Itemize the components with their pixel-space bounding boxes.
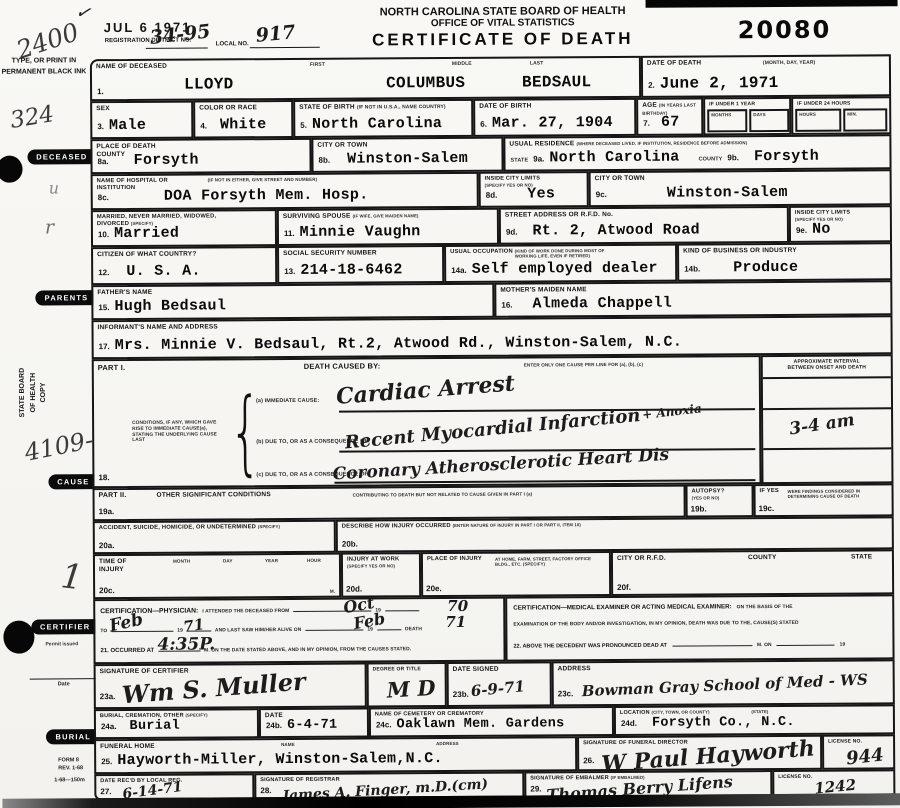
field-informant: INFORMANT'S NAME AND ADDRESS 17.Mrs. Min… [91,315,892,359]
form-number: FORM 8REV. 1-68 [58,756,83,773]
sig-certifier-num: 23a. [100,692,116,701]
age-value: 67 [661,114,680,131]
field-funeral-home: FUNERAL HOME NAME ADDRESS 25.Hayworth-Mi… [94,736,577,774]
burial-date-num: 24b. [266,721,282,730]
pod-city-value: Winston-Salem [347,150,468,168]
time-of-injury-num: 20c. [99,586,115,595]
margin-scribble-u: u [49,178,59,197]
date-signed-num: 23b. [453,690,469,699]
age-num: 7. [643,119,650,128]
field-hospital: NAME OF HOSPITAL OR INSTITUTION (IF NOT … [91,172,479,210]
street-value: Rt. 2, Atwood Road [532,221,700,239]
director-license-value: 944 [845,744,885,769]
funeral-home-label: FUNERAL HOME [100,743,155,751]
name-label: NAME OF DECEASED [96,63,167,72]
tab-cause: CAUSE [48,474,94,489]
field-injury-city-county-state: CITY OR R.F.D. COUNTY STATE 20f. [611,549,894,596]
hole-punch-bottom [3,621,34,654]
field-state-of-birth: STATE OF BIRTH (IF NOT IN U.S.A., NAME C… [293,99,473,138]
residence-county-value: Forsyth [754,148,819,165]
under-24hr-hours-box: HOURS [795,109,841,132]
part1-interval-column: APPROXIMATE INTERVALBETWEEN ONSET AND DE… [761,354,894,484]
location-value: Forsyth Co., N.C. [652,715,795,731]
injury-city-label: CITY OR R.F.D. [617,555,666,563]
phys-t1: I ATTENDED THE DECEASED FROM [202,609,289,615]
marital-value: Married [114,225,179,242]
me-date-blank [777,639,835,646]
hole-punch-top [0,156,23,183]
attended-to-year: 71 [182,615,205,636]
pod-county-num: 8a. [97,157,108,166]
father-label: FATHER'S NAME [97,289,152,297]
field-date-of-birth: DATE OF BIRTH 6.Mar. 27, 1904 [473,98,636,137]
part1-num: 18. [98,473,109,482]
accident-num: 20a. [99,541,115,550]
res-city-num: 9c. [596,190,607,199]
birth-date-value: Mar. 27, 1904 [492,114,613,132]
field-injury-at-work: INJURY AT WORK(SPECIFY YES OR NO) 20d. [341,552,421,597]
field-autopsy: AUTOPSY?(YES OR NO) 19b. [685,484,753,517]
director-num: 26. [583,756,594,765]
street-num: 9d. [506,228,518,237]
me-t4: M. ON [757,643,772,648]
part1-heading: DEATH CAUSED BY: [304,361,381,371]
part2-num: 19a. [99,507,115,516]
describe-sub: (ENTER NATURE OF INJURY IN PART I OR PAR… [453,522,581,528]
cause-immediate-value: Cardiac Arrest [335,370,516,410]
pod-city-num: 8b. [318,156,330,165]
field-father-name: FATHER'S NAME 15.Hugh Bedsaul [91,283,494,320]
spouse-sub: (IF WIFE, GIVE MAIDEN NAME) [353,213,419,218]
interval-label: APPROXIMATE INTERVALBETWEEN ONSET AND DE… [763,358,891,371]
time-label-2: INJURY [99,566,124,573]
field-industry: KIND OF BUSINESS OR INDUSTRY 14b.Produce [677,242,892,281]
under-1yr-days-box: DAYS [749,109,789,132]
occupation-num: 14a. [451,266,467,275]
field-ssn: SOCIAL SECURITY NUMBER 13.214-18-6462 [277,245,444,284]
findings-label: IF YES [760,488,780,495]
location-sub2: (STATE) [751,709,768,714]
field-if-under-1-year: IF UNDER 1 YEAR MONTHS DAYS [703,97,791,136]
location-num: 24d. [621,719,637,728]
field-date-of-death: DATE OF DEATH (MONTH, DAY, YEAR) 2.June … [641,54,891,98]
me-t2: EXAMINATION OF THE BODY AND/OR INVESTIGA… [513,621,798,628]
date-of-death-sub: (MONTH, DAY, YEAR) [763,60,815,66]
sex-value: Male [109,117,146,134]
informant-value: Mrs. Minnie V. Bedsaul, Rt.2, Atwood Rd.… [115,334,682,354]
under-24hr-min-label: MIN. [847,112,857,117]
interval-rule-b [763,447,891,450]
place-of-injury-label: PLACE OF INJURY [427,556,482,564]
field-burial-date: DATE 24b.6-4-71 [259,708,369,739]
birth-date-label: DATE OF BIRTH [479,102,531,110]
field-if-under-24-hours: IF UNDER 24 HOURS HOURS MIN. [791,96,891,135]
field-accident-suicide-homicide: ACCIDENT, SUICIDE, HOMICIDE, OR UNDETERM… [93,520,336,554]
field-citizen: CITIZEN OF WHAT COUNTRY? 12.U. S. A. [91,246,277,285]
phys-title: CERTIFICATION—PHYSICIAN: [100,608,198,616]
mother-num: 16. [501,301,512,310]
inside-8d-num: 8d. [486,191,498,200]
phys-t4: M. ON THE DATE STATED ABOVE, AND IN MY O… [204,647,411,653]
under-1yr-days-label: DAYS [753,112,766,117]
part2-label: PART II. [99,492,127,501]
scan-edge-bar [646,0,898,8]
col-day: DAY [223,558,233,564]
field-color-or-race: COLOR OR RACE 4.White [193,100,293,139]
local-no-blank [250,47,320,48]
hospital-sub: (IF NOT IN EITHER, GIVE STREET AND NUMBE… [208,177,318,183]
col-hour: HOUR [307,558,321,564]
part1-cause-of-death: PART I. DEATH CAUSED BY: ENTER ONLY ONE … [92,355,762,488]
sig-certifier-label: SIGNATURE OF CERTIFIER [100,668,189,677]
field-street-address: STREET ADDRESS OR R.F.D. No. 9d.Rt. 2, A… [499,206,789,245]
birth-date-num: 6. [480,120,487,129]
margin-scribble-324: 324 [8,101,56,134]
field-embalmer-license: LICENSE NO. 1242 [772,769,895,796]
ink-instruction: TYPE, OR PRINT IN PERMANENT BLACK INK [0,56,90,78]
name-sub-last: LAST [530,60,544,66]
under-1yr-months-box: MONTHS [707,109,747,132]
field-marital-status: MARRIED, NEVER MARRIED, WIDOWED, DIVORCE… [91,209,277,247]
occupation-sub: (KIND OF WORK DONE DURING MOST OF WORKIN… [515,248,625,259]
field-inside-city-limits-9e: INSIDE CITY LIMITS(SPECIFY YES OR NO) 9e… [789,205,892,243]
col-year: YEAR [265,558,278,564]
interval-header-rule [763,376,891,379]
interval-rule-a [763,407,891,410]
citizen-label: CITIZEN OF WHAT COUNTRY? [97,251,196,260]
part2-other-conditions: PART II. OTHER SIGNIFICANT CONDITIONS CO… [93,485,686,522]
hospital-num: 8c. [98,193,109,202]
embalmer-num: 29. [530,784,541,793]
field-cemetery: NAME OF CEMETERY OR CREMATORY 24c.Oaklaw… [369,706,614,737]
ssn-label: SOCIAL SECURITY NUMBER [283,249,377,258]
birth-state-sub: (IF NOT IN U.S.A., NAME COUNTRY) [357,104,446,111]
citizen-value: U. S. A. [126,263,201,280]
spouse-value: Minnie Vaughn [300,223,421,241]
field-occupation: USUAL OCCUPATION (KIND OF WORK DONE DURI… [444,244,677,283]
accident-sub: (SPECIFY) [258,524,280,529]
age-label-text: AGE [642,102,657,109]
funeral-home-addr-sub: ADDRESS [436,741,459,747]
field-place-of-death-city: CITY OR TOWN 8b.Winston-Salem [311,137,503,173]
form-rev-text: REV. 1-68 [58,765,83,771]
field-director-license: LICENSE NO. 944 [822,734,895,769]
time-label-1: TIME OF [99,558,127,565]
part1-line-a-label: (a) IMMEDIATE CAUSE: [256,398,319,405]
autopsy-num: 19b. [691,504,707,513]
place-of-injury-num: 20e. [426,584,442,593]
industry-num: 14b. [684,264,700,273]
time-of-injury-label: TIME OFINJURY [99,558,127,574]
field-burial-type: BURIAL, CREMATION, OTHER (SPECIFY) 24a.B… [94,708,259,739]
certifier-address-label: ADDRESS [558,665,591,673]
field-name-of-deceased: NAME OF DECEASED FIRST MIDDLE LAST 1. LL… [90,56,641,101]
margin-date-line [30,678,96,679]
org-line-2: OFFICE OF VITAL STATISTICS [338,17,668,30]
injury-city-num: 20f. [617,583,631,592]
race-num: 4. [200,121,207,130]
form-run: 1-68—150m [54,777,85,783]
permit-issued-label: Permit issued [45,641,78,647]
m-label: M. [330,588,335,594]
residence-state-value: North Carolina [549,149,679,167]
me-time-blank [672,639,752,646]
burial-date-value: 6-4-71 [287,718,338,733]
ssn-num: 13. [284,267,295,276]
industry-label: KIND OF BUSINESS OR INDUSTRY [683,247,797,256]
findings-num: 19c. [759,504,775,513]
local-no-value: 917 [255,21,297,47]
birth-state-num: 5. [300,121,307,130]
residence-sub: (WHERE DECEASED LIVED. IF INSTITUTION, R… [576,140,747,146]
field-degree-or-title: DEGREE OR TITLE M D [367,662,447,707]
father-num: 15. [98,303,109,312]
embalmer-license-label: LICENSE NO. [778,774,812,780]
certifier-address-num: 23c. [558,689,574,698]
field-place-of-injury: PLACE OF INJURY AT HOME, FARM, STREET, F… [421,551,611,597]
degree-value: M D [386,675,436,703]
residence-label-text: USUAL RESIDENCE [509,140,574,147]
tab-burial: BURIAL [46,729,96,744]
org-line-1: NORTH CAROLINA STATE BOARD OF HEALTH [338,5,668,19]
date-signed-label: DATE SIGNED [453,666,499,674]
tab-deceased: DECEASED [27,149,92,164]
field-usual-residence: USUAL RESIDENCE (WHERE DECEASED LIVED. I… [503,134,891,171]
phys-to-pre: 19 [177,629,183,634]
date-of-death-value: June 2, 1971 [660,74,779,93]
name-last-value: BEDSAUL [522,73,591,91]
field-date-received: DATE REC'D BY LOCAL REG. 27. 6-14-71 [94,773,254,800]
inside-9e-label-text: INSIDE CITY LIMITS [795,210,850,216]
residence-label: USUAL RESIDENCE (WHERE DECEASED LIVED. I… [509,139,747,149]
field-funeral-director-signature: SIGNATURE OF FUNERAL DIRECTOR 26. W Paul… [577,735,822,771]
part1-note: ENTER ONLY ONE CAUSE PER LINE FOR (a), (… [524,362,643,368]
phys-from-year-blank [385,604,419,611]
res-city-label: CITY OR TOWN [595,175,645,183]
burial-type-sub: (SPECIFY) [185,712,207,717]
field-certifier-address: ADDRESS 23c. Bowman Gray School of Med -… [552,659,895,706]
checkmark: ✓ [74,1,93,25]
cause-due-to-1-note: + Anoxia [641,401,702,422]
margin-date-label: Date [58,681,70,687]
pod-county-value: Forsyth [134,152,199,169]
inside-9e-num: 9e. [796,226,807,235]
interval-label-2: BETWEEN ONSET AND DEATH [788,365,867,371]
autopsy-label-text: AUTOPSY? [692,488,725,494]
injury-at-work-num: 20d. [346,585,362,594]
date-of-death-num: 2. [648,81,655,90]
part1-conditions-note: CONDITIONS, IF ANY, WHICH GAVE RISE TO I… [132,420,220,444]
phys-to: TO [100,629,107,634]
sex-num: 3. [97,122,104,131]
injury-county-label: COUNTY [748,554,777,562]
burial-type-value: Burial [129,719,180,734]
informant-label: INFORMANT'S NAME AND ADDRESS [98,323,218,332]
occupation-label: USUAL OCCUPATION (KIND OF WORK DONE DURI… [450,248,625,259]
location-sub1: (CITY, TOWN, OR COUNTY) [652,709,710,714]
mother-value: Almeda Chappell [532,295,672,313]
inside-8d-value: Yes [527,185,555,202]
father-value: Hugh Bedsaul [114,297,226,315]
part2-sub: CONTRIBUTING TO DEATH BUT NOT RELATED TO… [353,491,533,498]
birth-state-label-text: STATE OF BIRTH [299,104,355,111]
industry-value: Produce [733,259,798,276]
ssn-value: 214-18-6462 [300,261,402,279]
me-title: CERTIFICATION—MEDICAL EXAMINER OR ACTING… [513,603,731,611]
me-t5: 19 [840,643,846,648]
certifier-address-value: Bowman Gray School of Med - WS [581,670,868,700]
field-inside-city-limits-8d: INSIDE CITY LIMITS(SPECIFY YES OR NO) 8d… [479,171,589,208]
margin-scribble-r: r [45,216,54,238]
director-license-label: LICENSE NO. [828,738,862,744]
informant-num: 17. [99,342,110,351]
part2-heading: OTHER SIGNIFICANT CONDITIONS [157,491,271,500]
mother-label: MOTHER'S MAIDEN NAME [500,286,586,295]
certification-physician: CERTIFICATION—PHYSICIAN: I ATTENDED THE … [93,597,505,665]
interval-value: 3-4 am [788,410,856,439]
spouse-label-text: SURVIVING SPOUSE [283,213,351,220]
place-of-injury-sub: AT HOME, FARM, STREET, FACTORY OFFICE BL… [495,556,605,567]
residence-state-label: STATE [510,158,528,165]
birth-state-label: STATE OF BIRTH (IF NOT IN U.S.A., NAME C… [299,103,446,112]
form-no-text: FORM 8 [58,757,79,763]
describe-label-text: DESCRIBE HOW INJURY OCCURRED [342,523,451,530]
race-value: White [220,116,267,133]
cemetery-value: Oaklawn Mem. Gardens [396,716,564,732]
part1-label: PART I. [98,363,126,373]
name-label-text: NAME OF DECEASED [96,63,167,70]
name-sub-first: FIRST [310,62,325,68]
last-alive-year: 71 [445,613,466,631]
date-of-death-label: DATE OF DEATH [647,59,701,67]
marital-num: 10. [98,230,109,239]
field-signature-of-certifier: SIGNATURE OF CERTIFIER 23a. Wm S. Muller [94,663,367,710]
inside-9e-value: No [812,221,831,238]
phys-t3: 21. OCCURRED AT [100,648,154,654]
injury-at-work-label: INJURY AT WORK(SPECIFY YES OR NO) [347,556,399,571]
field-place-of-death-county: PLACE OF DEATH COUNTY 8a.Forsyth [90,138,311,174]
inside-8d-label-text: INSIDE CITY LIMITS [485,175,540,181]
death-time-value: 4:35P. [157,634,215,654]
col-month: MONTH [173,559,190,565]
field-date-signed: DATE SIGNED 23b. 6-9-71 [447,661,552,707]
race-label: COLOR OR RACE [199,104,257,112]
autopsy-sub: (YES OR NO) [692,496,720,501]
margin-scribble-1: 1 [59,556,85,598]
accident-label-text: ACCIDENT, SUICIDE, HOMICIDE, OR UNDETERM… [99,524,256,531]
funeral-home-num: 25. [101,757,112,766]
copy-line-1: STATE BOARD [18,341,29,445]
field-time-of-injury: TIME OFINJURY MONTH DAY YEAR HOUR 20c. M… [93,553,341,600]
pod-city-label: CITY OR TOWN [317,141,367,149]
occupation-value: Self employed dealer [472,260,658,278]
burial-type-num: 24a. [101,722,117,731]
name-first-value: LLOYD [184,75,234,93]
injury-state-label: STATE [851,553,872,561]
funeral-home-value: Hayworth-Miller, Winston-Salem,N.C. [117,750,443,769]
field-describe-injury: DESCRIBE HOW INJURY OCCURRED (ENTER NATU… [336,516,894,552]
certificate-number: 20080 [738,16,832,45]
name-middle-value: COLUMBUS [386,74,465,92]
certificate-title: CERTIFICATE OF DEATH [338,29,668,51]
field-residence-city: CITY OR TOWN 9c.Winston-Salem [589,169,892,207]
hospital-value: DOA Forsyth Mem. Hosp. [164,186,369,204]
phys-death-word: DEATH [405,627,422,632]
certificate-header: NORTH CAROLINA STATE BOARD OF HEALTH OFF… [338,5,668,51]
certification-medical-examiner: CERTIFICATION—MEDICAL EXAMINER OR ACTING… [505,594,894,661]
cemetery-num: 24c. [376,720,392,729]
registrar-num: 28. [260,786,271,795]
residence-county-label: COUNTY [699,156,723,163]
birth-state-value: North Carolina [312,115,442,133]
describe-label: DESCRIBE HOW INJURY OCCURRED (ENTER NATU… [342,522,581,531]
field-age: AGE (IN YEARS LAST BIRTHDAY) 7.67 [636,97,703,135]
res-city-value: Winston-Salem [667,184,788,202]
field-autopsy-findings: IF YES WERE FINDINGS CONSIDERED IN DETER… [753,483,893,517]
me-t1: ON THE BASIS OF THE [737,605,793,610]
under-1yr-label: IF UNDER 1 YEAR [709,101,755,108]
embalmer-label-text: SIGNATURE OF EMBALMER [530,775,609,781]
death-certificate-scan: ✓ 2400 TYPE, OR PRINT IN PERMANENT BLACK… [0,0,900,808]
copy-designation: STATE BOARD OF HEALTH COPY [18,340,63,444]
field-burial-location: LOCATION (CITY, TOWN, OR COUNTY) (STATE)… [614,704,895,736]
findings-sub: WERE FINDINGS CONSIDERED IN DETERMINING … [788,488,890,499]
spouse-num: 11. [284,229,295,238]
under-24hr-hours-label: HOURS [799,112,816,117]
phys-t2: AND LAST SAW HIM/HER ALIVE ON [215,628,301,634]
spouse-label: SURVIVING SPOUSE (IF WIFE, GIVE MAIDEN N… [283,212,419,221]
under-1yr-months-label: MONTHS [711,112,731,118]
place-of-death-label: PLACE OF DEATH [96,143,155,151]
copy-line-3: COPY [39,340,50,444]
accident-label: ACCIDENT, SUICIDE, HOMICIDE, OR UNDETERM… [99,524,319,533]
date-signed-value: 6-9-71 [470,677,526,700]
degree-label: DEGREE OR TITLE [373,666,421,673]
occupation-label-text: USUAL OCCUPATION [450,249,513,255]
field-surviving-spouse: SURVIVING SPOUSE (IF WIFE, GIVE MAIDEN N… [277,208,499,246]
tab-certifier: CERTIFIER [31,619,95,634]
local-no-label: LOCAL NO. [216,41,249,47]
autopsy-label: AUTOPSY?(YES OR NO) [692,488,725,503]
under-24hr-min-box: MIN. [843,108,887,131]
describe-num: 20b. [342,540,358,549]
citizen-num: 12. [98,268,109,277]
funeral-home-name-sub: NAME [281,742,295,747]
registrar-label: SIGNATURE OF REGISTRAR [260,777,340,784]
injury-at-work-sub: (SPECIFY YES OR NO) [347,564,395,569]
me-t3: 22. ABOVE THE DECEDENT WAS PRONOUNCED DE… [513,643,667,650]
residence-county-num: 9b. [727,153,739,162]
copy-line-2: OF HEALTH [28,341,39,445]
under-24hr-label: IF UNDER 24 HOURS [797,101,850,108]
name-num: 1. [97,87,104,96]
street-label: STREET ADDRESS OR R.F.D. No. [505,211,613,220]
certificate-paper: ✓ 2400 TYPE, OR PRINT IN PERMANENT BLACK… [0,0,900,808]
tab-parents: PARENTS [36,290,94,305]
date-received-num: 27. [100,787,111,796]
name-sub-middle: MIDDLE [452,61,472,67]
field-mother-maiden-name: MOTHER'S MAIDEN NAME 16.Almeda Chappell [494,280,892,317]
sex-label: SEX [96,105,110,113]
field-sex: SEX 3.Male [90,101,193,140]
residence-state-num: 9a. [533,154,544,163]
injury-at-work-text: INJURY AT WORK [347,556,399,562]
